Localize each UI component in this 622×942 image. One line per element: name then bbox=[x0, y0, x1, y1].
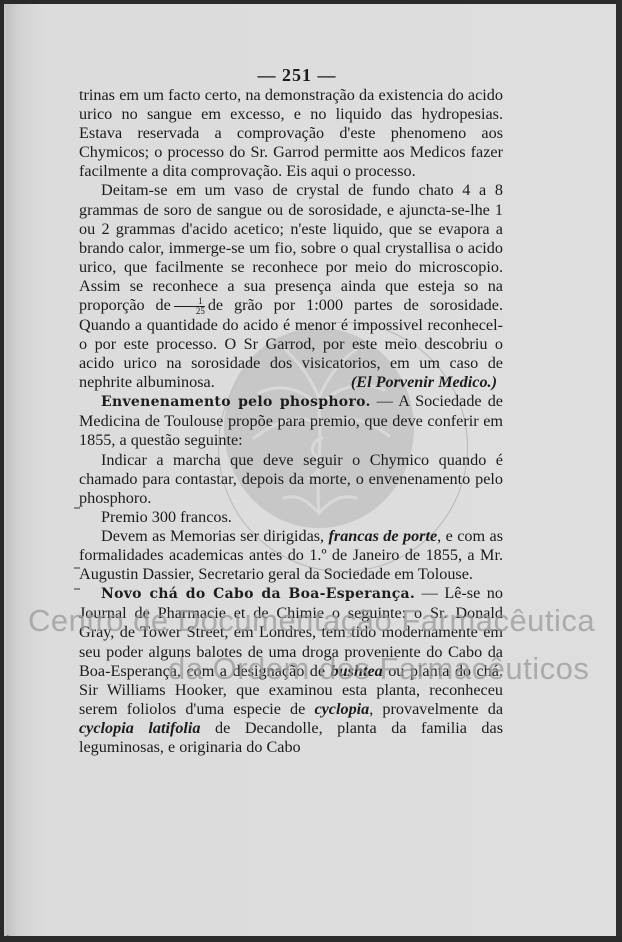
section-heading: Envenenamento pelo phosphoro. bbox=[101, 394, 371, 410]
paragraph-prize-question: Indicar a marcha que deve seguir o Chymi… bbox=[79, 451, 503, 508]
paragraph-text: Deitam-se em um vaso de crystal de fundo… bbox=[79, 181, 503, 314]
paragraph-submission-rules: Devem as Memorias ser dirigidas, francas… bbox=[79, 527, 503, 584]
fraction-denominator: 25 bbox=[174, 307, 205, 316]
italic-term: cyclopia bbox=[314, 700, 369, 718]
scan-bottom-border bbox=[0, 936, 622, 942]
paragraph-phosphorus-poisoning: Envenenamento pelo phosphoro. — A Socied… bbox=[79, 392, 503, 450]
watermark-text-line1: Centro de Documentação Farmacêutica bbox=[28, 603, 595, 639]
page-binding-edge bbox=[4, 4, 7, 936]
fraction: 125 bbox=[174, 297, 205, 316]
page-number: — 251 — bbox=[91, 64, 503, 86]
italic-term: cyclopia latifolia bbox=[79, 719, 201, 737]
italic-term: francas de porte bbox=[329, 527, 438, 545]
watermark-text-line2: da Ordem dos Farmacêuticos bbox=[168, 651, 589, 687]
section-heading: Novo chá do Cabo da Boa-Esperança. bbox=[101, 586, 415, 602]
paragraph-garrod-process: Deitam-se em um vaso de crystal de fundo… bbox=[79, 181, 503, 392]
paragraph-prize-amount: Premio 300 francos. bbox=[79, 508, 503, 527]
scan-right-border bbox=[616, 0, 622, 942]
paragraph-uric-acid-intro: trinas em um facto certo, na demonstraçã… bbox=[79, 86, 503, 181]
paragraph-text: , provavelmente da bbox=[369, 700, 503, 718]
paragraph-text: Devem as Memorias ser dirigidas, bbox=[101, 527, 329, 545]
